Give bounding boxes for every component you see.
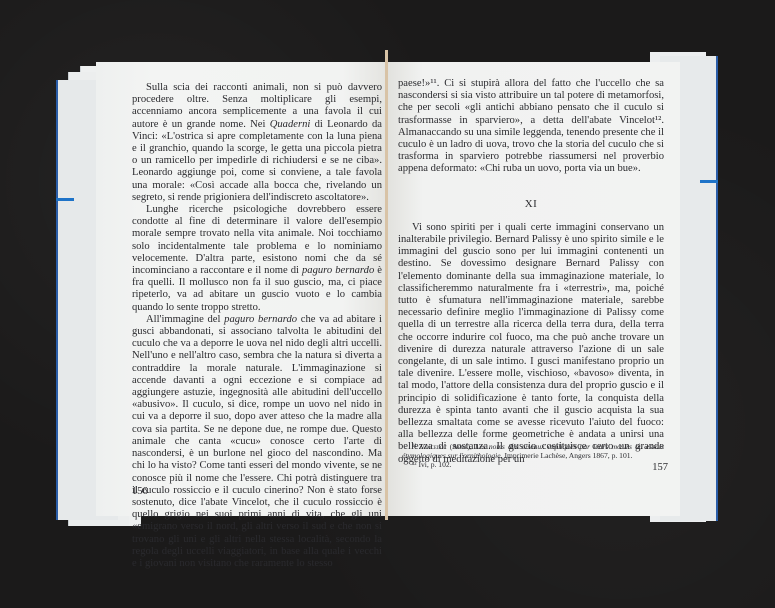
left-page-body: Sulla scia dei racconti animali, non si … — [132, 82, 382, 570]
left-page: Sulla scia dei racconti animali, non si … — [96, 62, 386, 516]
bookmark-ribbon-left — [56, 198, 74, 201]
paragraph-leonardo: Sulla scia dei racconti animali, non si … — [132, 82, 382, 204]
paragraph-palissy: Vi sono spiriti per i quali certe immagi… — [398, 222, 664, 466]
footnote-11: ¹¹ Vincelot (Abbé), Les noms des oiseaux… — [402, 442, 664, 460]
paragraph-cuculo: All'immagine del paguro bernardo che va … — [132, 314, 382, 570]
chapter-heading: XI — [398, 198, 664, 210]
paragraph-paguro: Lunghe ricerche psicologiche dovrebbero … — [132, 204, 382, 314]
right-page: paese!»¹¹. Ci si stupirà allora del fatt… — [388, 62, 680, 516]
page-number-left: 156 — [132, 486, 148, 497]
footnotes: ¹¹ Vincelot (Abbé), Les noms des oiseaux… — [402, 442, 664, 470]
right-page-body: paese!»¹¹. Ci si stupirà allora del fatt… — [398, 78, 664, 466]
footnote-12: ¹² Ivi, p. 102. — [402, 460, 664, 469]
bookmark-ribbon-right — [700, 180, 718, 183]
page-number-right: 157 — [652, 462, 668, 473]
paragraph-continuation: paese!»¹¹. Ci si stupirà allora del fatt… — [398, 78, 664, 176]
